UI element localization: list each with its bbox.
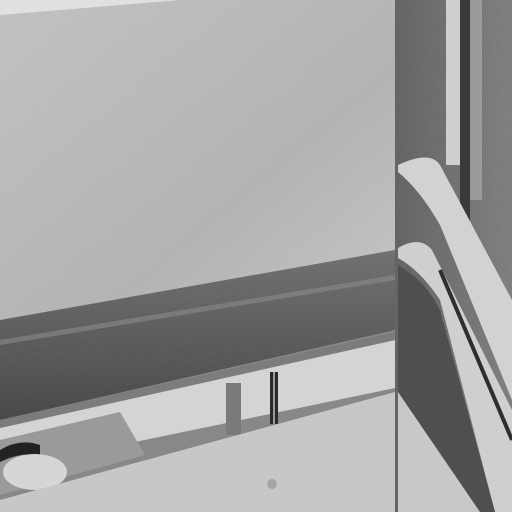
photo-scene <box>0 0 512 512</box>
photo-illustration <box>0 0 512 512</box>
